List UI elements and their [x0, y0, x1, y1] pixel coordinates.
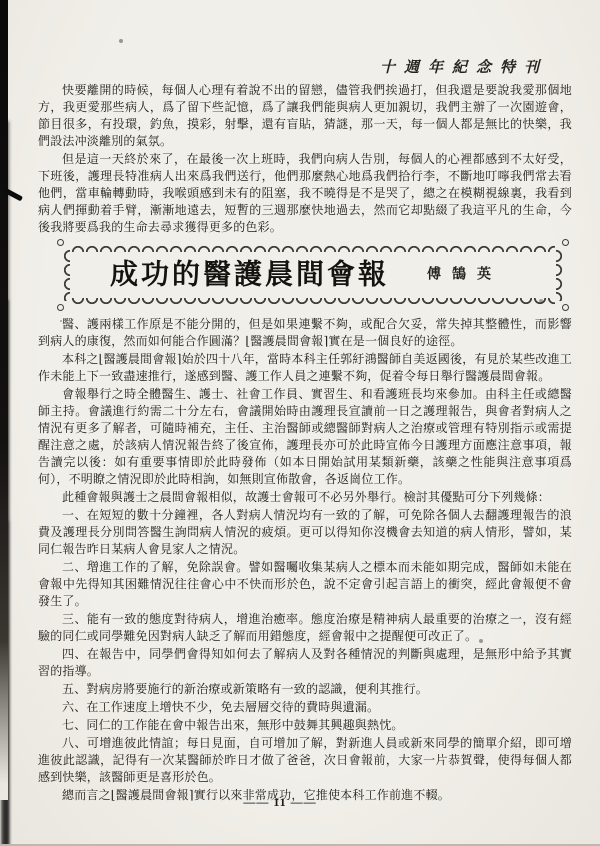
scallop-border-left-icon [61, 249, 70, 301]
scan-binding-edge [0, 0, 8, 800]
intro-paragraph-2: 但是這一天終於來了，在最後一次上班時，我們向病人告別，每個人的心裡都感到不太好受… [38, 151, 572, 236]
benefit-item-5: 五、對病房將要施行的新治療或新策略有一致的認識，便利其推行。 [38, 681, 572, 698]
benefit-item-8: 八、可增進彼此情誼；每日見面，自可增加了解，對新進人員或新來同學的簡單介紹，即可… [38, 735, 572, 786]
corner-dot-icon [57, 239, 64, 246]
corner-dot-icon [57, 304, 64, 311]
benefit-item-4: 四、在報告中，同學們會得知如何去了解病人及對各種情況的判斷與處理，是無形中給予其… [38, 646, 572, 680]
corner-dot-icon [562, 304, 569, 311]
intro-paragraph-1: 快要離開的時候，每個人心理有着說不出的留戀，儘管我們挨過打，但我還是要說我愛那個… [38, 82, 572, 150]
article-author: 傅鵠英 [427, 267, 502, 284]
benefit-item-1: 一、在短短的數十分鐘裡，各人對病人情況均有一致的了解，可免除各個人去翻護理報告的… [38, 507, 572, 558]
article-paragraph-3: 會報舉行之時全體醫生、護士、社會工作員、實習生、和看護班長均來參加。由科主任或總… [38, 386, 572, 488]
benefit-item-3: 三、能有一致的態度對待病人，增進治癒率。態度治療是精神病人最重要的治療之一，沒有… [38, 611, 572, 645]
benefit-item-6: 六、在工作速度上增快不少，免去層層交待的費時與遺漏。 [38, 699, 572, 716]
page-number: —— 11 —— [0, 795, 560, 810]
benefit-item-2: 二、增進工作的了解，免除誤會。譬如醫囑收集某病人之標本而未能如期完成，醫師如未能… [38, 559, 572, 610]
benefit-item-7: 七、同仁的工作能在會中報告出來，無形中鼓舞其興趣與熱忱。 [38, 717, 572, 734]
article-title: 成功的醫護晨間會報 [110, 267, 389, 284]
scanned-document-page: 十週年紀念特刊 快要離開的時候，每個人心理有着說不出的留戀，儘管我們挨過打，但我… [0, 0, 600, 846]
scallop-border-right-icon [556, 249, 565, 301]
scan-noise-speckles [0, 0, 2, 2]
document-content: 快要離開的時候，每個人心理有着說不出的留戀，儘管我們挨過打，但我還是要說我愛那個… [38, 82, 572, 804]
issue-header: 十週年紀念特刊 [380, 56, 548, 77]
scallop-border-bottom-icon [71, 298, 555, 307]
article-paragraph-4: 此種會報與護士之晨間會報相似，故護士會報可不必另外舉行。檢討其優點可分下列幾條： [38, 489, 572, 506]
article-title-box: 成功的醫護晨間會報 傅鵠英 [66, 249, 560, 301]
corner-dot-icon [562, 239, 569, 246]
scallop-border-top-icon [71, 243, 555, 252]
article-paragraph-1: 醫、護兩樣工作原是不能分開的，但是如果連繫不夠，或配合欠妥，常失掉其整體性，而影… [38, 316, 572, 350]
article-paragraph-2: 本科之⌊醫護晨間會報⌉始於四十八年，當時本科主任郭紆鴻醫師自美返國後，有見於某些… [38, 351, 572, 385]
